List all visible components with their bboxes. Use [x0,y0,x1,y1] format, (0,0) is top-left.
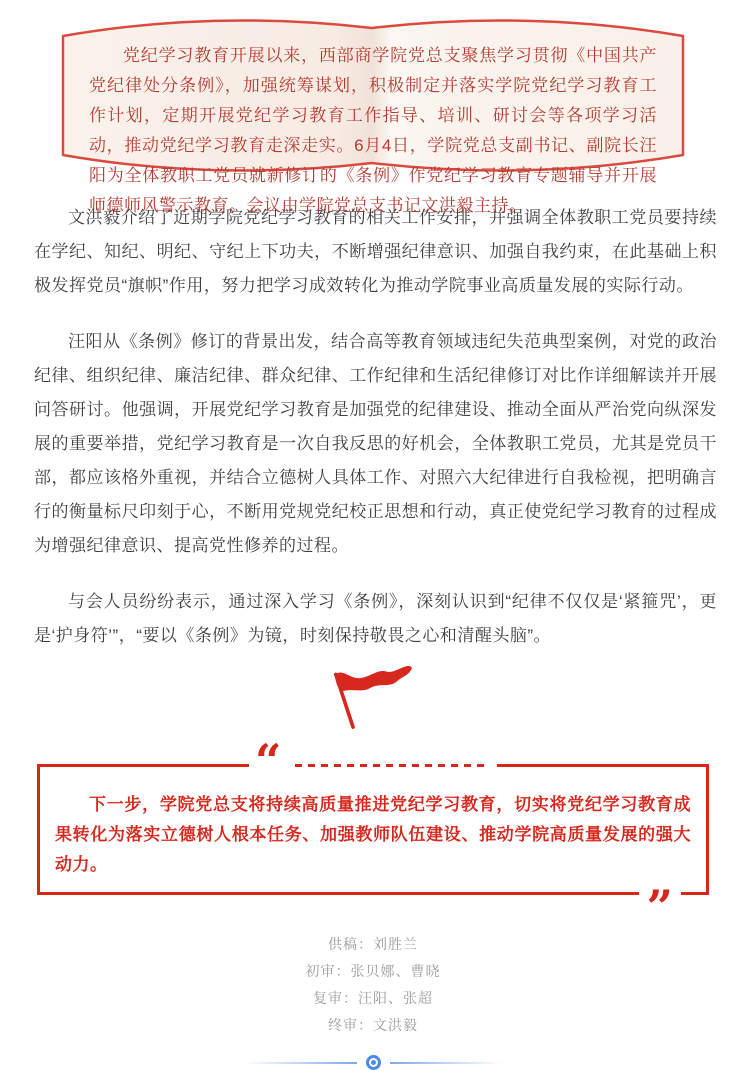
quote-box: “ 下一步，学院党总支将持续高质量推进党纪学习教育，切实将党纪学习教育成果转化为… [37,764,709,895]
quote-text: 下一步，学院党总支将持续高质量推进党纪学习教育，切实将党纪学习教育成果转化为落实… [55,790,691,880]
divider-line [37,892,639,895]
divider-line [245,1062,357,1064]
dotted-divider-line [295,764,489,767]
article-body: 文洪毅介绍了近期学院党纪学习教育的相关工作安排，并强调全体教职工党员要持续在学纪… [0,201,746,653]
divider-line [497,764,709,767]
blue-dot-icon [366,1055,381,1070]
intro-book-banner: 党纪学习教育开展以来，西部商学院党总支聚焦学习贯彻《中国共产党纪律处分条例》，加… [61,14,685,179]
credit-contributor: 供稿：刘胜兰 [0,931,746,958]
bottom-divider [0,1055,746,1070]
divider-line [390,1062,502,1064]
article-paragraph: 与会人员纷纷表示，通过深入学习《条例》，深刻认识到“纪律不仅仅是‘紧箍咒’，更是… [34,585,717,653]
credit-final-review: 终审：文洪毅 [0,1012,746,1039]
quote-box-top-border: “ [37,764,709,767]
red-flag-icon [323,665,423,731]
credit-first-review: 初审：张贝娜、曹晓 [0,958,746,985]
intro-text: 党纪学习教育开展以来，西部商学院党总支聚焦学习贯彻《中国共产党纪律处分条例》，加… [61,14,685,221]
credits: 供稿：刘胜兰 初审：张贝娜、曹晓 复审：汪阳、张超 终审：文洪毅 [0,931,746,1039]
article-paragraph: 汪阳从《条例》修订的背景出发，结合高等教育领域违纪失范典型案例，对党的政治纪律、… [34,325,717,563]
quote-box-bottom-border: ” [37,892,709,895]
divider-line [681,892,709,895]
flag-ornament [0,665,746,736]
divider-line [37,764,249,767]
credit-second-review: 复审：汪阳、张超 [0,985,746,1012]
